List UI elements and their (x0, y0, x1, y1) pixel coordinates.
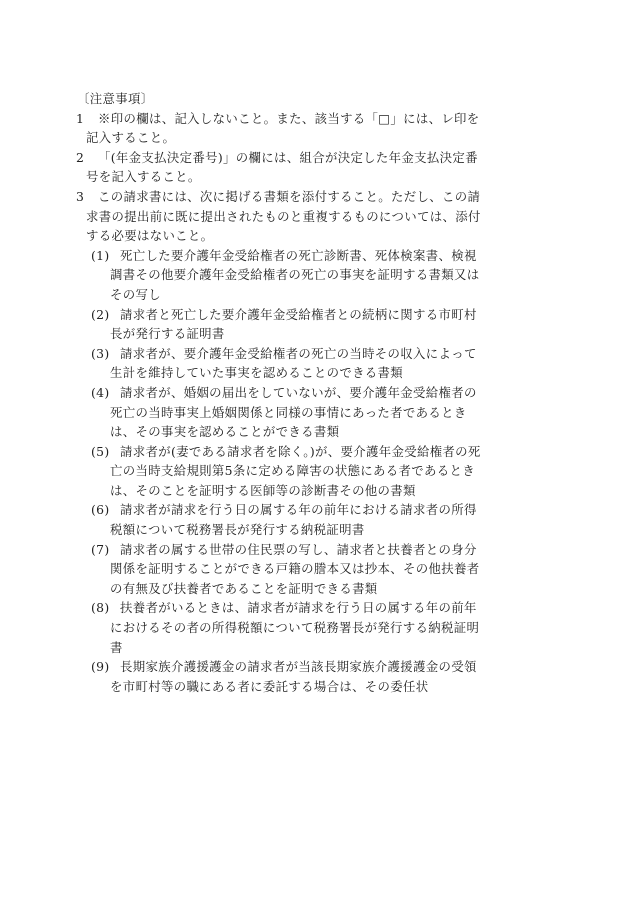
attachment-text: 死亡した要介護年金受給権者の死亡診断書、死体検案書、検視調書その他要介護年金受給… (110, 246, 488, 305)
attachment-number: (8) (91, 598, 110, 618)
attachment-item-9: (9) 長期家族介護援護金の請求者が当該長期家族介護援護金の受領を市町村等の職に… (68, 657, 488, 696)
attachment-item-1: (1) 死亡した要介護年金受給権者の死亡診断書、死体検案書、検視調書その他要介護… (68, 246, 488, 305)
note-number: 3 (76, 187, 84, 207)
attachment-item-4: (4) 請求者が、婚姻の届出をしていないが、要介護年金受給権者の死亡の当時事実上… (68, 383, 488, 442)
note-item-3: 3 この請求書には、次に掲げる書類を添付すること。ただし、この請求書の提出前に既… (68, 187, 488, 246)
note-item-2: 2 「(年金支払決定番号)」の欄には、組合が決定した年金支払決定番号を記入するこ… (68, 148, 488, 187)
attachment-text: 請求者が、婚姻の届出をしていないが、要介護年金受給権者の死亡の当時事実上婚姻関係… (110, 383, 488, 442)
attachment-number: (3) (91, 344, 110, 364)
attachment-number: (6) (91, 500, 110, 520)
note-item-1: 1 ※印の欄は、記入しないこと。また、該当する「□」には、レ印を記入すること。 (68, 109, 488, 148)
attachment-item-6: (6) 請求者が請求を行う日の属する年の前年における請求者の所得税額について税務… (68, 500, 488, 539)
attachment-item-5: (5) 請求者が(妻である請求者を除く。)が、要介護年金受給権者の死亡の当時支給… (68, 442, 488, 501)
notes-section: 〔注意事項〕 1 ※印の欄は、記入しないこと。また、該当する「□」には、レ印を記… (68, 89, 488, 696)
attachment-text: 請求者が(妻である請求者を除く。)が、要介護年金受給権者の死亡の当時支給規則第5… (110, 442, 488, 501)
attachment-number: (5) (91, 442, 110, 462)
attachment-number: (7) (91, 540, 110, 560)
attachment-text: 請求者が、要介護年金受給権者の死亡の当時その収入によって生計を維持していた事実を… (110, 344, 488, 383)
note-number: 2 (76, 148, 84, 168)
note-text: 「(年金支払決定番号)」の欄には、組合が決定した年金支払決定番号を記入すること。 (86, 148, 488, 187)
note-text: この請求書には、次に掲げる書類を添付すること。ただし、この請求書の提出前に既に提… (86, 187, 488, 246)
note-text: ※印の欄は、記入しないこと。また、該当する「□」には、レ印を記入すること。 (86, 109, 488, 148)
attachment-number: (4) (91, 383, 110, 403)
attachment-text: 長期家族介護援護金の請求者が当該長期家族介護援護金の受領を市町村等の職にある者に… (110, 657, 488, 696)
attachment-text: 請求者の属する世帯の住民票の写し、請求者と扶養者との身分関係を証明することができ… (110, 540, 488, 599)
note-number: 1 (76, 109, 84, 129)
attachment-item-8: (8) 扶養者がいるときは、請求者が請求を行う日の属する年の前年におけるその者の… (68, 598, 488, 657)
attachment-text: 扶養者がいるときは、請求者が請求を行う日の属する年の前年におけるその者の所得税額… (110, 598, 488, 657)
notes-heading: 〔注意事項〕 (77, 89, 488, 109)
attachment-text: 請求者と死亡した要介護年金受給権者との続柄に関する市町村長が発行する証明書 (110, 305, 488, 344)
attachment-item-3: (3) 請求者が、要介護年金受給権者の死亡の当時その収入によって生計を維持してい… (68, 344, 488, 383)
attachment-number: (2) (91, 305, 110, 325)
attachment-number: (9) (91, 657, 110, 677)
attachment-item-2: (2) 請求者と死亡した要介護年金受給権者との続柄に関する市町村長が発行する証明… (68, 305, 488, 344)
attachment-text: 請求者が請求を行う日の属する年の前年における請求者の所得税額について税務署長が発… (110, 500, 488, 539)
attachment-number: (1) (91, 246, 110, 266)
document-page: 〔注意事項〕 1 ※印の欄は、記入しないこと。また、該当する「□」には、レ印を記… (0, 0, 630, 903)
attachment-item-7: (7) 請求者の属する世帯の住民票の写し、請求者と扶養者との身分関係を証明するこ… (68, 540, 488, 599)
